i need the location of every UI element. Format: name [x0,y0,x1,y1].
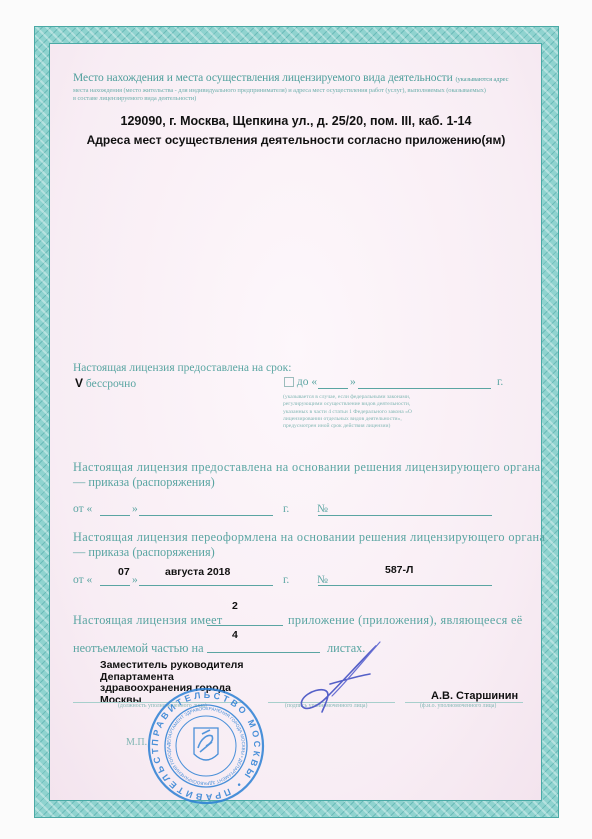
until-label: до « [297,376,317,388]
checkmark-icon: V [75,376,83,390]
term-until: до « [284,376,317,388]
reissued-number-line [318,585,492,586]
caption-name: (ф.и.о. уполномоченного лица) [420,703,496,709]
signatory-name: А.В. Старшинин [431,690,518,702]
granted-year-suffix: г. [283,503,289,515]
until-quote: » [350,376,356,388]
official-stamp-icon: ПРАВИТЕЛЬСТВО МОСКВЫ • ПРАВИТЕЛЬСТВО МОС… [146,686,266,806]
license-address: 129090, г. Москва, Щепкина ул., д. 25/20… [60,114,532,128]
reissued-year-suffix: г. [283,574,289,586]
reissued-month-line [139,585,273,586]
appendix-line1-before: Настоящая лицензия имеет [73,613,223,628]
reissued-line1: Настоящая лицензия переоформлена на осно… [73,530,545,545]
position-line: Заместитель руководителя [100,660,243,672]
address-note: Адреса мест осуществления деятельности с… [60,133,532,147]
location-header: Место нахождения и места осуществления л… [73,72,523,104]
signature-icon [290,640,390,720]
granted-number-label: № [317,503,328,515]
seal-label: М.П. [126,737,147,748]
appendix-line1-after: приложение (приложения), являющееся её [288,613,523,628]
appendix-count-line [207,625,283,626]
granted-number-line [318,515,492,516]
reissued-line2: — приказа (распоряжения) [73,545,215,560]
reissued-day-line [100,585,130,586]
location-title: Место нахождения и места осуществления л… [73,72,453,84]
term-indefinite: V бессрочно [75,376,136,390]
granted-month-line [139,515,273,516]
checkbox-icon [284,377,294,387]
appendix-sheets: 4 [232,629,238,641]
appendix-line2-before: неотъемлемой частью на [73,641,204,656]
indefinite-label: бессрочно [86,378,136,390]
reissued-month-year: августа 2018 [165,566,230,578]
reissued-number: 587-Л [385,564,413,576]
until-year-suffix: г. [497,376,503,388]
granted-quote: » [132,503,138,515]
appendix-count: 2 [232,600,238,612]
reissued-from-label: от « [73,574,92,586]
term-label: Настоящая лицензия предоставлена на срок… [73,362,291,374]
granted-line2: — приказа (распоряжения) [73,475,215,490]
reissued-day: 07 [118,566,130,578]
reissued-quote: » [132,574,138,586]
granted-from-label: от « [73,503,92,515]
location-title-note: (указываются адрес [455,76,508,83]
until-month-line [358,388,491,389]
granted-day-line [100,515,130,516]
until-day-line [318,388,348,389]
granted-line1: Настоящая лицензия предоставлена на осно… [73,460,540,475]
term-footnote: (указывается в случае, если федеральными… [283,394,433,430]
